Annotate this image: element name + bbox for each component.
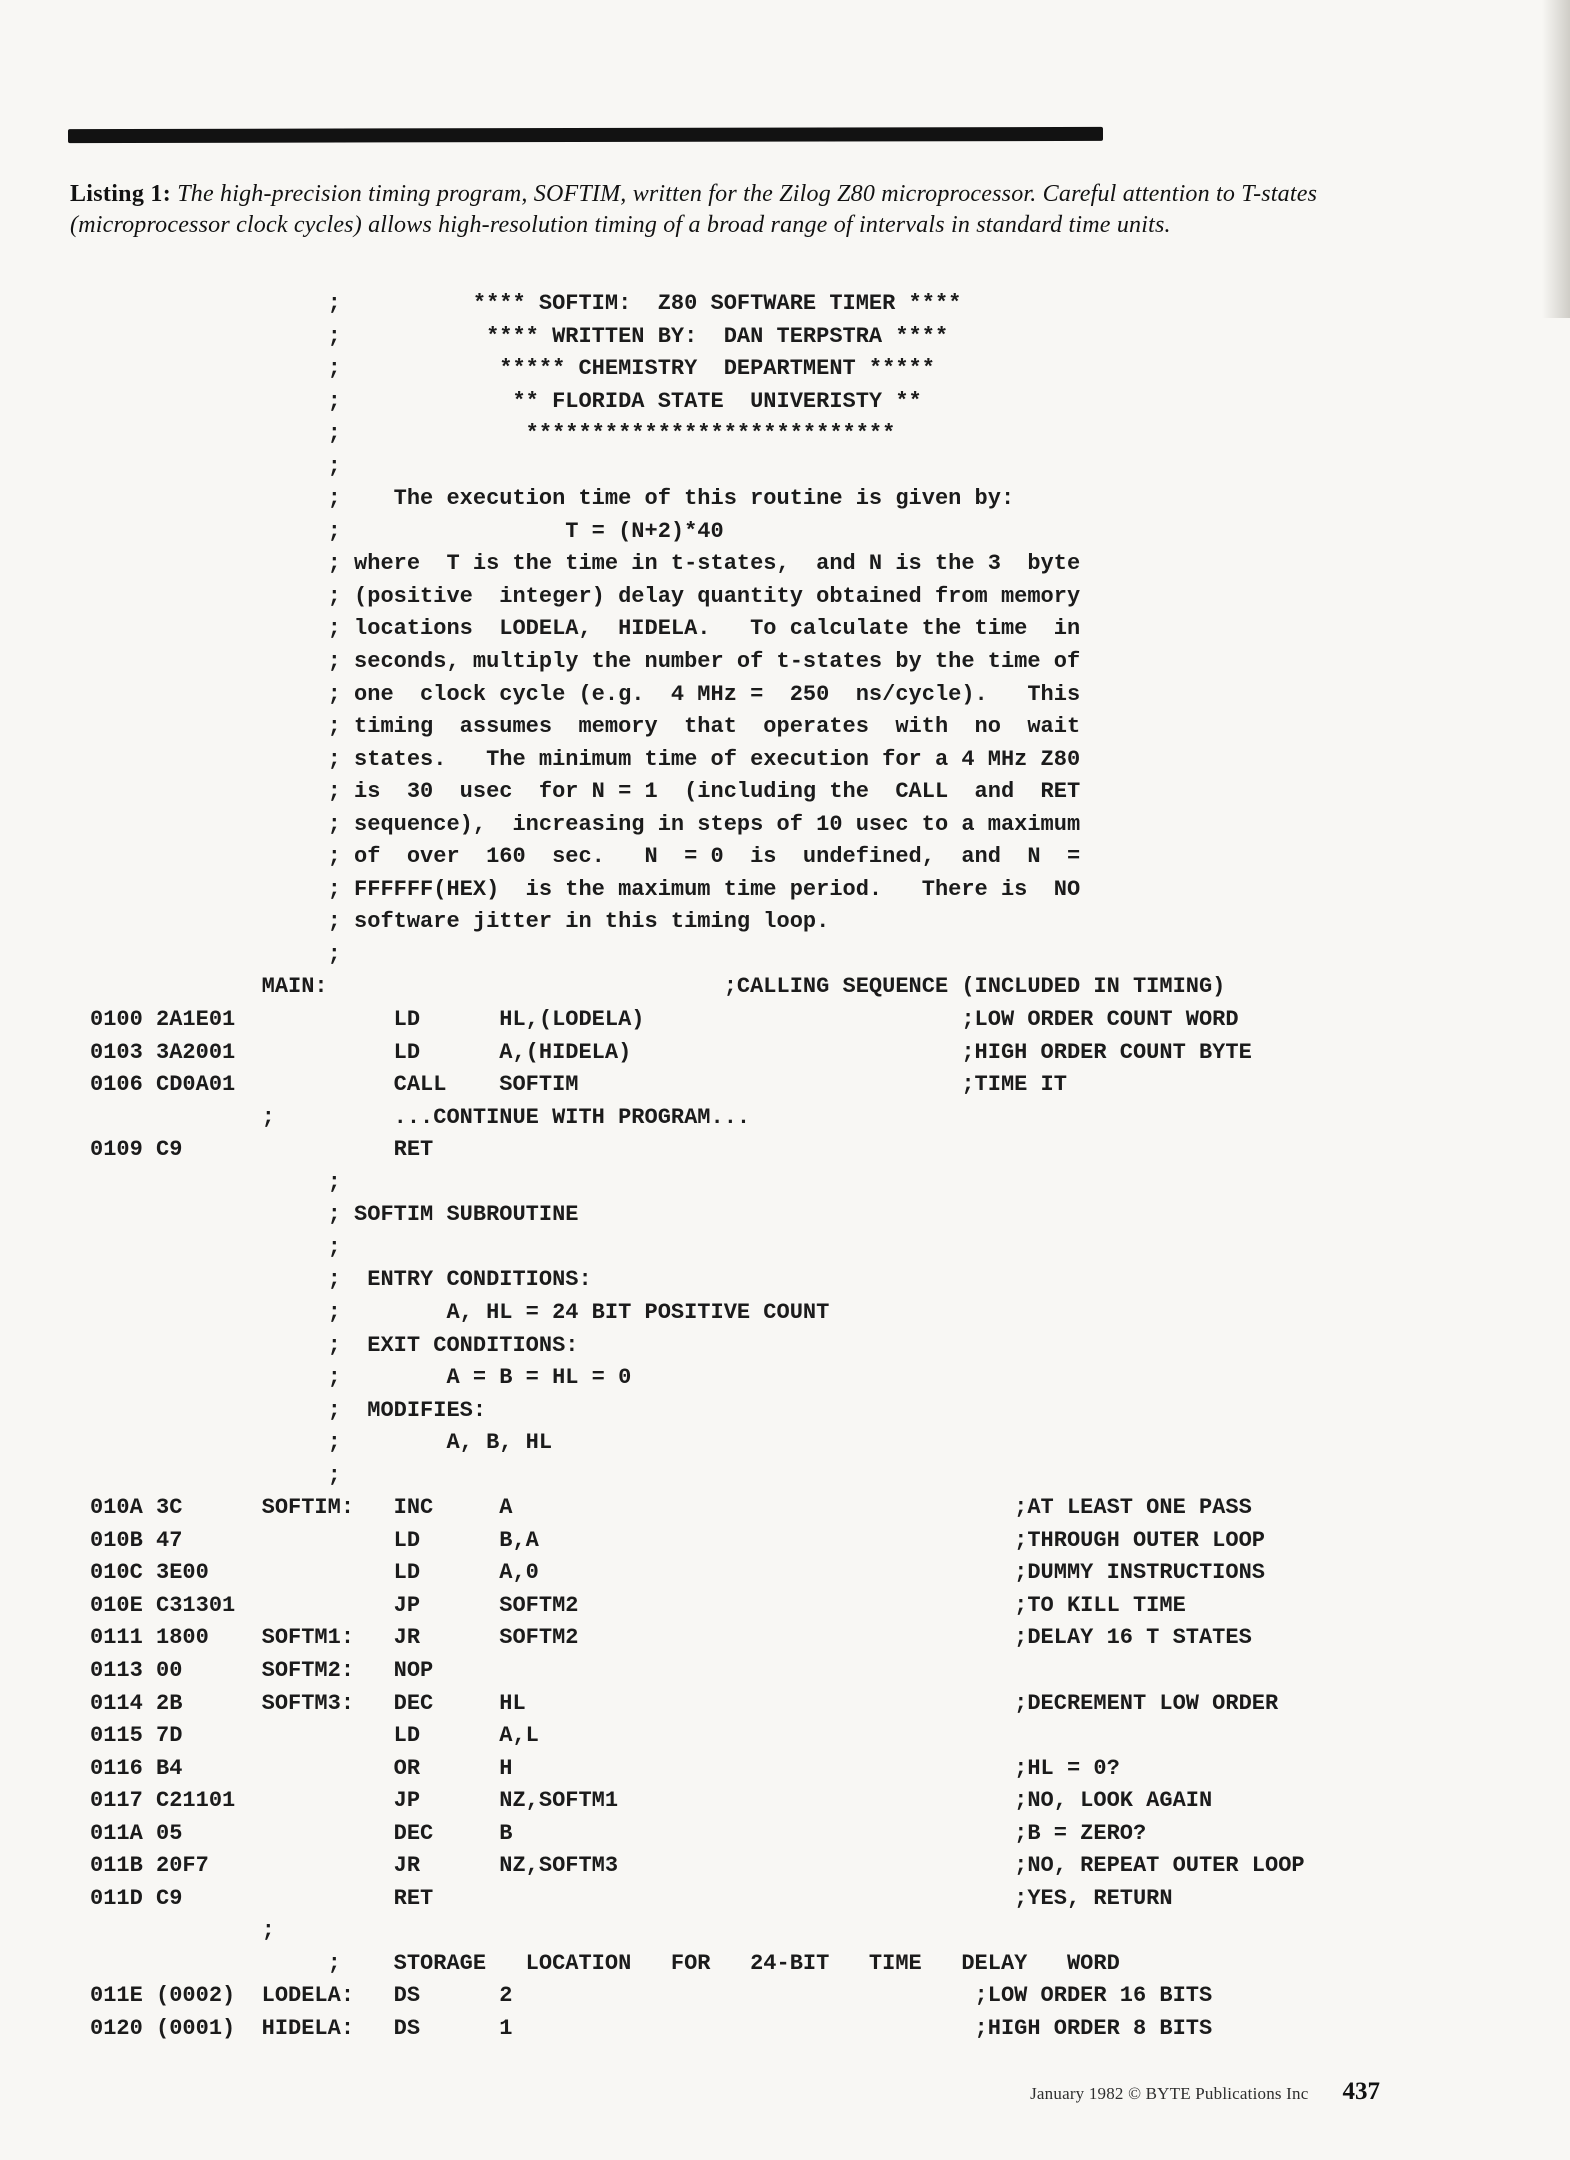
code-line: ; A, B, HL [90,1427,1305,1460]
caption-text: The high-precision timing program, SOFTI… [171,181,1317,207]
code-line: ; of over 160 sec. N = 0 is undefined, a… [90,841,1305,874]
code-line: ; [90,939,1305,972]
code-line: ; **************************** [90,418,1305,451]
code-line: 0117 C21101 JP NZ,SOFTM1 ;NO, LOOK AGAIN [90,1785,1305,1818]
caption-line1-text: The high-precision timing program, SOFTI… [177,181,1317,207]
code-line: ; timing assumes memory that operates wi… [90,711,1305,744]
code-line: 0100 2A1E01 LD HL,(LODELA) ;LOW ORDER CO… [90,1004,1305,1037]
code-line: ; locations LODELA, HIDELA. To calculate… [90,613,1305,646]
code-line: ; ...CONTINUE WITH PROGRAM... [90,1102,1305,1135]
code-line: 0103 3A2001 LD A,(HIDELA) ;HIGH ORDER CO… [90,1037,1305,1070]
page-footer: January 1982 © BYTE Publications Inc 437 [1020,2078,1380,2106]
code-line: 011B 20F7 JR NZ,SOFTM3 ;NO, REPEAT OUTER… [90,1850,1305,1883]
code-line: ; where T is the time in t-states, and N… [90,548,1305,581]
code-line: ; ** FLORIDA STATE UNIVERISTY ** [90,386,1305,419]
code-line: 0115 7D LD A,L [90,1720,1305,1753]
code-line: 011E (0002) LODELA: DS 2 ;LOW ORDER 16 B… [90,1980,1305,2013]
code-listing: ; **** SOFTIM: Z80 SOFTWARE TIMER **** ;… [90,288,1305,2046]
code-line: 0109 C9 RET [90,1134,1305,1167]
code-line: 0111 1800 SOFTM1: JR SOFTM2 ;DELAY 16 T … [90,1622,1305,1655]
code-line: 0106 CD0A01 CALL SOFTIM ;TIME IT [90,1069,1305,1102]
code-line: 010E C31301 JP SOFTM2 ;TO KILL TIME [90,1590,1305,1623]
code-line: 010C 3E00 LD A,0 ;DUMMY INSTRUCTIONS [90,1557,1305,1590]
code-line: ; FFFFFF(HEX) is the maximum time period… [90,874,1305,907]
code-line: ; SOFTIM SUBROUTINE [90,1199,1305,1232]
code-line: ; states. The minimum time of execution … [90,744,1305,777]
code-line: 0114 2B SOFTM3: DEC HL ;DECREMENT LOW OR… [90,1688,1305,1721]
code-line: ; The execution time of this routine is … [90,483,1305,516]
code-line: ; STORAGE LOCATION FOR 24-BIT TIME DELAY… [90,1948,1305,1981]
code-line: ; [90,1460,1305,1493]
caption-line-2: (microprocessor clock cycles) allows hig… [70,210,1510,241]
code-line: 0116 B4 OR H ;HL = 0? [90,1753,1305,1786]
code-line: ; A = B = HL = 0 [90,1362,1305,1395]
code-line: ; [90,1915,1305,1948]
code-line: ; **** WRITTEN BY: DAN TERPSTRA **** [90,321,1305,354]
code-line: MAIN: ;CALLING SEQUENCE (INCLUDED IN TIM… [90,971,1305,1004]
code-line: ; EXIT CONDITIONS: [90,1330,1305,1363]
code-line: ; [90,1232,1305,1265]
code-line: ; software jitter in this timing loop. [90,906,1305,939]
code-line: 0113 00 SOFTM2: NOP [90,1655,1305,1688]
code-line: ; A, HL = 24 BIT POSITIVE COUNT [90,1297,1305,1330]
caption-label: Listing 1: [70,181,171,207]
code-line: ; ***** CHEMISTRY DEPARTMENT ***** [90,353,1305,386]
code-line: ; ENTRY CONDITIONS: [90,1264,1305,1297]
code-line: ; seconds, multiply the number of t-stat… [90,646,1305,679]
listing-caption: Listing 1: The high-precision timing pro… [70,179,1510,241]
page-number: 437 [1343,2078,1381,2106]
code-line: ; [90,1167,1305,1200]
code-line: ; one clock cycle (e.g. 4 MHz = 250 ns/c… [90,679,1305,712]
code-line: ; (positive integer) delay quantity obta… [90,581,1305,614]
code-line: ; is 30 usec for N = 1 (including the CA… [90,776,1305,809]
scanned-magazine-page: Listing 1: The high-precision timing pro… [0,0,1570,2160]
code-line: ; **** SOFTIM: Z80 SOFTWARE TIMER **** [90,288,1305,321]
code-line: ; T = (N+2)*40 [90,516,1305,549]
code-line: 011A 05 DEC B ;B = ZERO? [90,1818,1305,1851]
page-edge-shading [1542,0,1570,318]
top-rule [68,127,1103,143]
code-line: ; MODIFIES: [90,1395,1305,1428]
copyright-credit: January 1982 © BYTE Publications Inc [1030,2084,1308,2104]
code-line: 0120 (0001) HIDELA: DS 1 ;HIGH ORDER 8 B… [90,2013,1305,2046]
code-line: 010A 3C SOFTIM: INC A ;AT LEAST ONE PASS [90,1492,1305,1525]
code-line: 010B 47 LD B,A ;THROUGH OUTER LOOP [90,1525,1305,1558]
code-line: ; sequence), increasing in steps of 10 u… [90,809,1305,842]
code-line: 011D C9 RET ;YES, RETURN [90,1883,1305,1916]
caption-line-1: Listing 1: The high-precision timing pro… [70,179,1510,210]
code-line: ; [90,451,1305,484]
